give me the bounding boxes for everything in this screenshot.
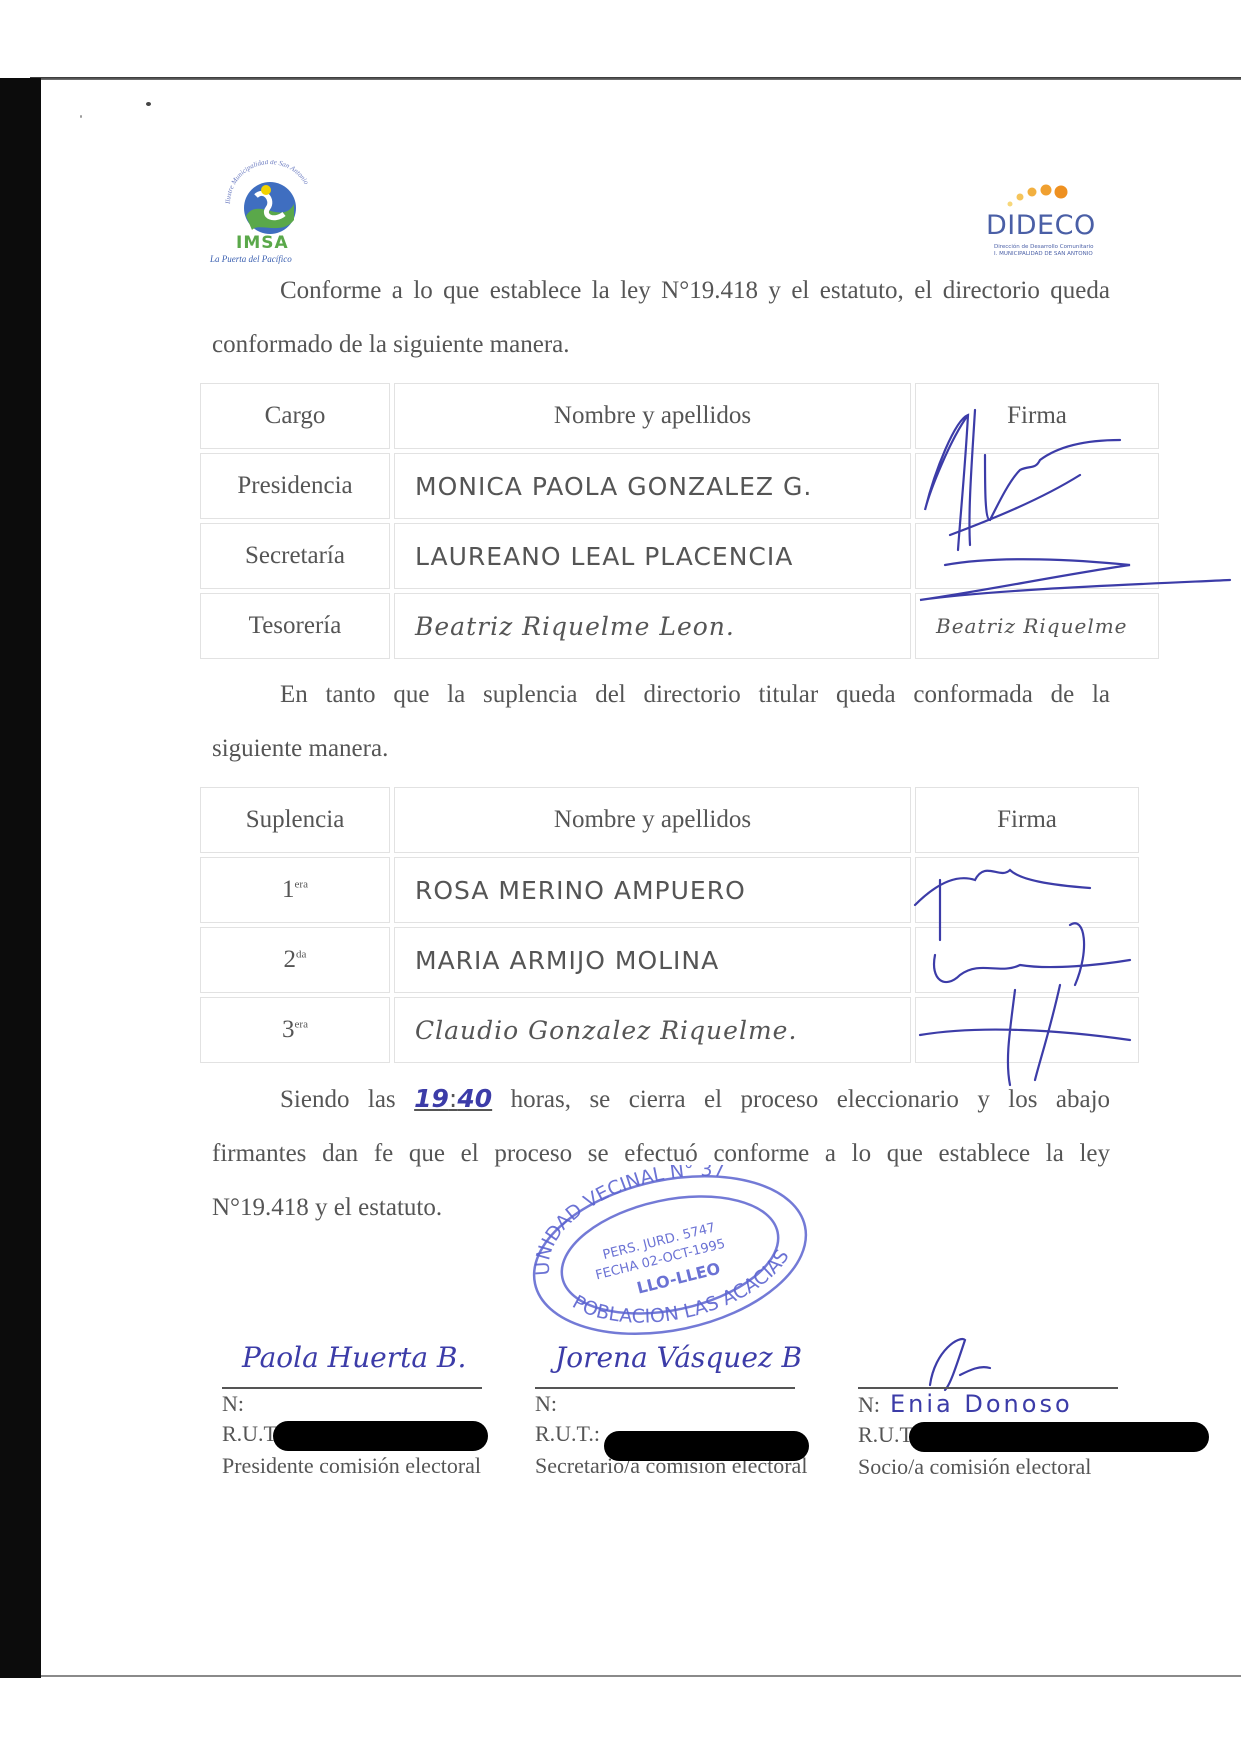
- table-row: Presidencia MONICA PAOLA GONZALEZ G.: [200, 453, 1159, 519]
- scan-margin-top: [0, 0, 1241, 78]
- table-header-row: Cargo Nombre y apellidos Firma: [200, 383, 1159, 449]
- redaction-bar: [273, 1421, 488, 1451]
- signature-block-secretario: Jorena Vásquez B N: R.U.T.: Secretario/a…: [535, 1335, 810, 1481]
- signature-cell: [915, 453, 1159, 519]
- imsa-logo: Ilustre Municipalidad de San Antonio IMS…: [212, 160, 328, 268]
- handwritten-name: LAUREANO LEAL PLACENCIA: [394, 523, 911, 589]
- scan-speck: [80, 115, 82, 118]
- table-row: Tesorería Beatriz Riquelme Leon. Beatriz…: [200, 593, 1159, 659]
- cargo-cell: Secretaría: [200, 523, 390, 589]
- dideco-dots-icon: [980, 180, 1110, 212]
- signature-cell: [915, 857, 1139, 923]
- handwritten-name: Beatriz Riquelme Leon.: [394, 593, 911, 659]
- closing-line-1: Siendo las 19:40 horas, se cierra el pro…: [212, 1072, 1110, 1127]
- table-row: 1era ROSA MERINO AMPUERO: [200, 857, 1139, 923]
- name-label: N:: [222, 1391, 244, 1416]
- name-label: N:: [535, 1391, 557, 1416]
- header-firma: Firma: [915, 787, 1139, 853]
- rut-field: R.U.T: [858, 1420, 1133, 1452]
- order-suffix: da: [296, 949, 306, 961]
- scan-page-edge-bottom: [41, 1675, 1241, 1677]
- imsa-wordmark: IMSA: [236, 233, 289, 253]
- name-label: N:: [858, 1392, 880, 1417]
- handwritten-name: Claudio Gonzalez Riquelme.: [394, 997, 911, 1063]
- suplencia-table: Suplencia Nombre y apellidos Firma 1era …: [196, 783, 1143, 1067]
- header-suplencia: Suplencia: [200, 787, 390, 853]
- dideco-logo: DIDECO Dirección de Desarrollo Comunitar…: [980, 180, 1110, 260]
- time-minute: 40: [457, 1084, 492, 1113]
- order-suffix: era: [295, 1019, 308, 1031]
- suplencia-order: 3era: [200, 997, 390, 1063]
- handwritten-name: MARIA ARMIJO MOLINA: [394, 927, 911, 993]
- intro-line-1: Conforme a lo que establece la ley N°19.…: [212, 264, 1110, 318]
- intro-line-2: conformado de la siguiente manera.: [212, 318, 1110, 372]
- order-suffix: era: [295, 879, 308, 891]
- name-field: N:: [222, 1389, 497, 1419]
- header-nombre: Nombre y apellidos: [394, 787, 911, 853]
- signature-block-socio: N:Enia Donoso R.U.T Socio/a comisión ele…: [858, 1335, 1133, 1482]
- order-number: 2: [284, 946, 297, 973]
- signature-cell: [915, 523, 1159, 589]
- dideco-subtitle-1: Dirección de Desarrollo Comunitario: [994, 244, 1094, 250]
- suplencia-order: 1era: [200, 857, 390, 923]
- directorio-table: Cargo Nombre y apellidos Firma Presidenc…: [196, 379, 1163, 663]
- scan-dark-border: [0, 78, 41, 1678]
- dideco-subtitle-2: I. MUNICIPALIDAD DE SAN ANTONIO: [994, 251, 1093, 257]
- header-firma: Firma: [915, 383, 1159, 449]
- order-number: 3: [282, 1016, 295, 1043]
- table-row: 3era Claudio Gonzalez Riquelme.: [200, 997, 1139, 1063]
- dideco-wordmark: DIDECO: [986, 210, 1096, 241]
- stamp-unidad-vecinal: UNIDAD VECINAL N° 37 POBLACION LAS ACACI…: [525, 1165, 815, 1340]
- rut-field: R.U.T.:: [535, 1419, 810, 1451]
- scan-page-edge: [30, 77, 1241, 80]
- table-row: Secretaría LAUREANO LEAL PLACENCIA: [200, 523, 1159, 589]
- handwritten-signature: Paola Huerta B.: [242, 1341, 466, 1374]
- closing-pre: Siendo las: [280, 1086, 396, 1113]
- imsa-emblem-icon: Ilustre Municipalidad de San Antonio: [212, 160, 328, 240]
- signature-cell: Beatriz Riquelme: [915, 593, 1159, 659]
- name-field: N:: [535, 1389, 810, 1419]
- suplencia-paragraph: En tanto que la suplencia del directorio…: [212, 668, 1110, 776]
- table-header-row: Suplencia Nombre y apellidos Firma: [200, 787, 1139, 853]
- rut-label: R.U.T: [222, 1421, 277, 1446]
- closing-post: horas, se cierra el proceso eleccionario…: [511, 1086, 1110, 1113]
- redaction-bar: [604, 1431, 809, 1461]
- header-cargo: Cargo: [200, 383, 390, 449]
- scan-speck: [146, 102, 151, 106]
- cargo-cell: Tesorería: [200, 593, 390, 659]
- handwritten-name: MONICA PAOLA GONZALEZ G.: [394, 453, 911, 519]
- rut-label: R.U.T.:: [535, 1421, 600, 1446]
- signature-cell: [915, 997, 1139, 1063]
- header-nombre: Nombre y apellidos: [394, 383, 911, 449]
- rut-field: R.U.T: [222, 1419, 497, 1451]
- cargo-cell: Presidencia: [200, 453, 390, 519]
- role-label: Presidente comisión electoral: [222, 1451, 497, 1481]
- name-field: N:Enia Donoso: [858, 1389, 1133, 1420]
- signature-block-presidente: Paola Huerta B. N: R.U.T Presidente comi…: [222, 1335, 497, 1481]
- handwritten-time: 19:40: [414, 1084, 492, 1113]
- intro-paragraph: Conforme a lo que establece la ley N°19.…: [212, 264, 1110, 372]
- handwritten-signature: Jorena Vásquez B: [555, 1341, 802, 1374]
- signature-cell: [915, 927, 1139, 993]
- redaction-bar: [909, 1422, 1209, 1452]
- imsa-tagline: La Puerta del Pacífico: [210, 254, 292, 264]
- order-number: 1: [282, 876, 295, 903]
- handwritten-name: Enia Donoso: [890, 1390, 1073, 1418]
- role-label: Socio/a comisión electoral: [858, 1452, 1133, 1482]
- rut-label: R.U.T: [858, 1422, 913, 1447]
- handwritten-name: ROSA MERINO AMPUERO: [394, 857, 911, 923]
- suplencia-line-1: En tanto que la suplencia del directorio…: [212, 668, 1110, 722]
- table-row: 2da MARIA ARMIJO MOLINA: [200, 927, 1139, 993]
- time-hour: 19: [414, 1084, 449, 1113]
- suplencia-order: 2da: [200, 927, 390, 993]
- suplencia-line-2: siguiente manera.: [212, 722, 1110, 776]
